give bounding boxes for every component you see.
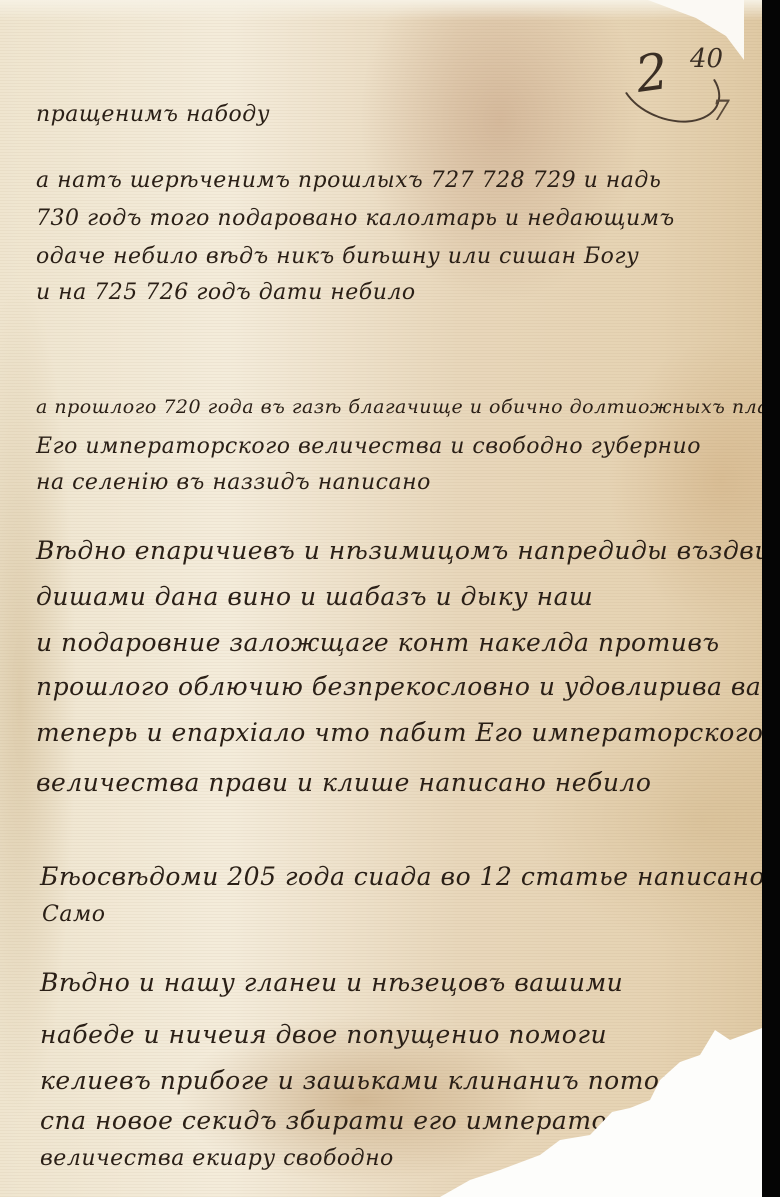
text-line: Бѣосвѣдоми 205 года сиада во 12 статье н… (40, 862, 765, 891)
text-line: Вѣдно и нашу гланеи и нѣзецовъ вашими (40, 968, 623, 997)
text-line: и на 725 726 годъ дати небило (36, 280, 416, 305)
text-line: величества екиару свободно (40, 1146, 394, 1171)
scanner-border (762, 0, 780, 1197)
text-line: Его императорского величества и свободно… (36, 434, 701, 459)
text-line: теперь и епархіало что пабит Его императ… (36, 718, 763, 747)
text-line: 730 годъ того подаровано калолтарь и нед… (36, 206, 675, 231)
folio-number-superscript: 40 (690, 44, 723, 74)
text-line: набеде и ничеия двое попущенио помоги (40, 1020, 607, 1049)
text-line: келиевъ прибоге и зашьками клинаниъ пото… (40, 1066, 696, 1095)
text-line: и подаровние заложщаге конт накелда прот… (36, 628, 720, 657)
text-line: дишами дана вино и шабазъ и дыку наш (36, 582, 593, 611)
text-line: прошлого облючию безпрекословно и удовли… (36, 672, 761, 701)
text-line: величества прави и клише написано небило (36, 768, 651, 797)
text-line: Само (42, 902, 105, 927)
text-line: Вѣдно епаричиевъ и нѣзимицомъ напредиды … (36, 536, 780, 565)
text-line: на селенію въ наззидъ написано (36, 470, 431, 495)
document-heading: пращенимъ набоду (36, 102, 270, 127)
text-line: а прошлого 720 года въ газѣ благачище и … (36, 396, 780, 418)
text-line: а натъ шерѣченимъ прошлыхъ 727 728 729 и… (36, 168, 661, 193)
text-line: одаче небило вѣдъ никъ биѣшну или сишан … (36, 244, 639, 269)
manuscript-page: 2 40 7 пращенимъ набоду а натъ шерѣченим… (0, 0, 762, 1197)
folio-number-sub: 7 (712, 94, 730, 127)
